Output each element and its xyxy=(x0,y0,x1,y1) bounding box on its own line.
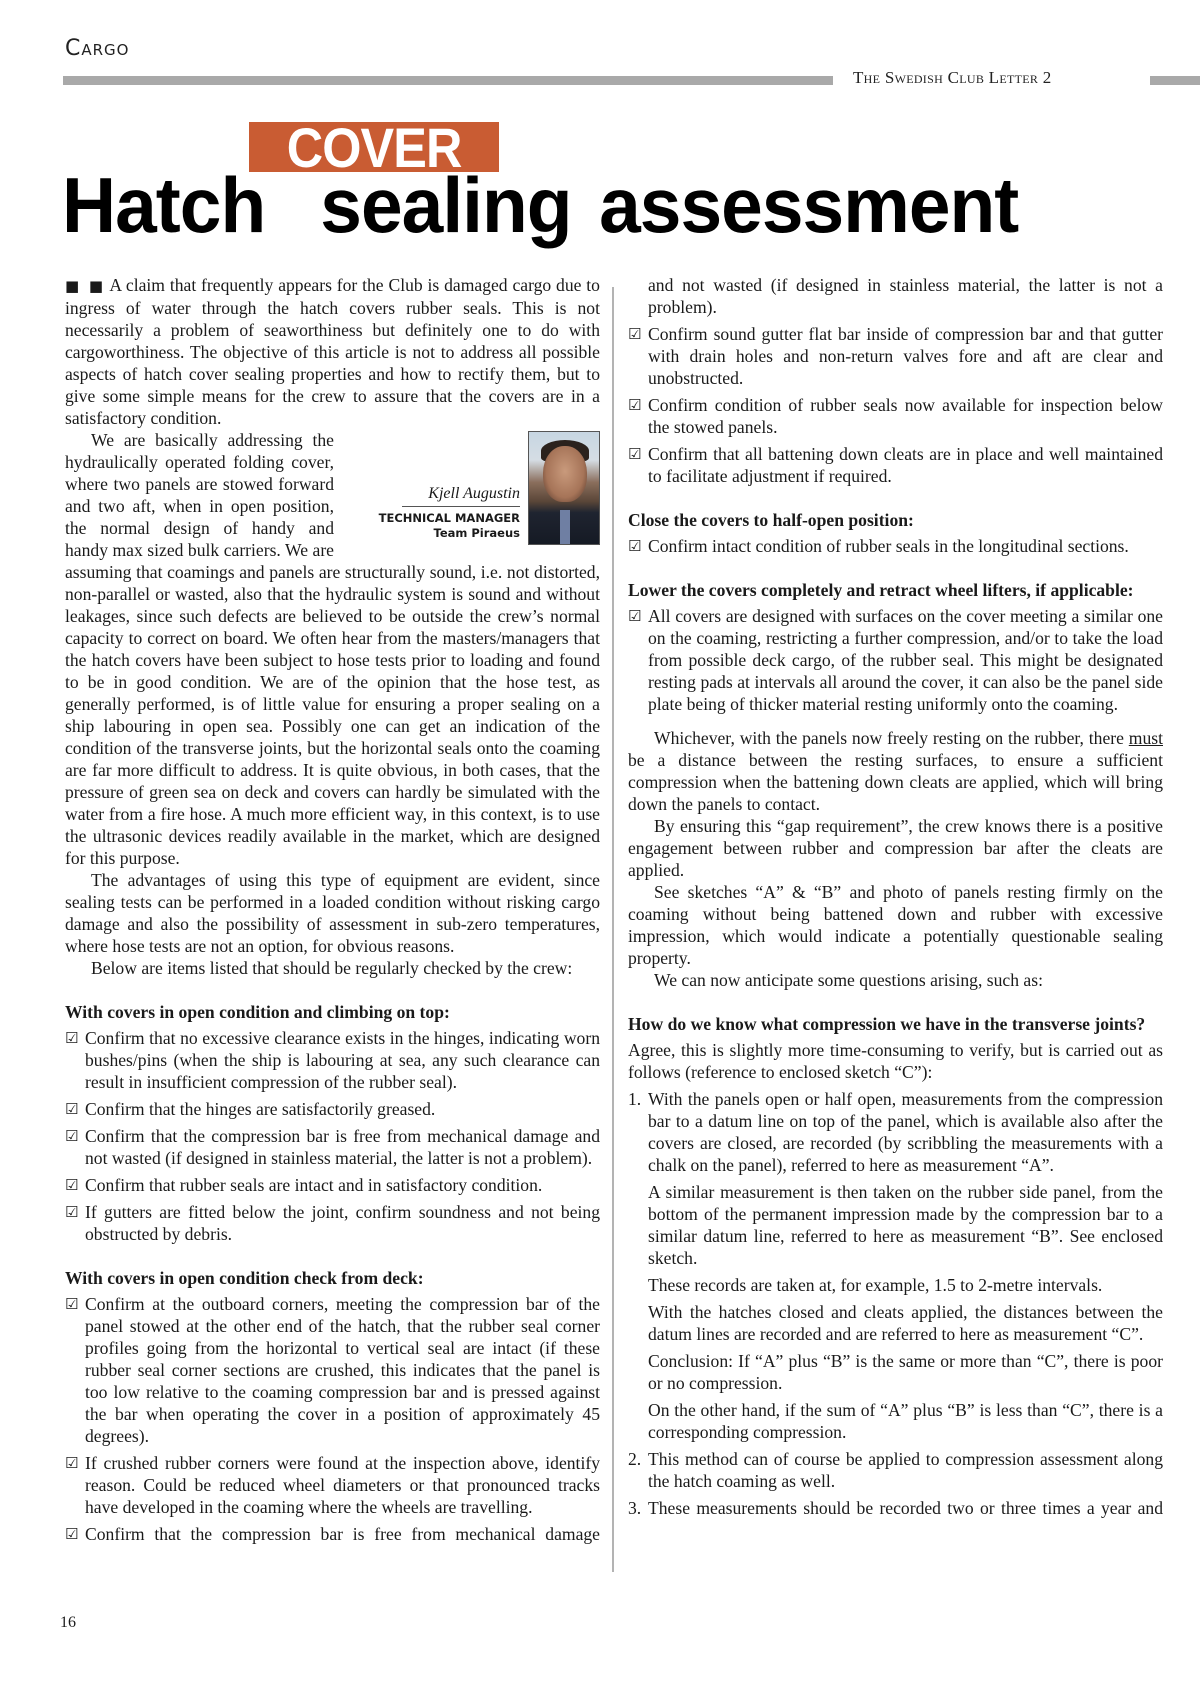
subhead-half-open: Close the covers to half-open position: xyxy=(628,509,1163,531)
checkbox-icon: ☑ xyxy=(65,1174,78,1196)
checkbox-icon: ☑ xyxy=(65,1125,78,1147)
section-label: Cargo xyxy=(65,36,129,61)
checkbox-icon: ☑ xyxy=(65,1293,78,1315)
right-column: and not wasted (if designed in stainless… xyxy=(628,274,1163,1524)
checkbox-icon: ☑ xyxy=(628,605,641,627)
checkbox-icon: ☑ xyxy=(628,394,641,416)
step-number: 2. xyxy=(628,1448,641,1470)
subhead-open-deck: With covers in open condition check from… xyxy=(65,1267,600,1289)
checkbox-icon: ☑ xyxy=(65,1452,78,1474)
paragraph-folding-cover: Kjell Augustin TECHNICAL MANAGERTeam Pir… xyxy=(65,429,600,869)
step-number: 1. xyxy=(628,1088,641,1110)
checklist-item: ☑Confirm that the compression bar is fre… xyxy=(65,1523,600,1545)
checklist-item: ☑All covers are designed with surfaces o… xyxy=(628,605,1163,715)
checkbox-icon: ☑ xyxy=(628,443,641,465)
checklist-item: ☑Confirm that the compression bar is fre… xyxy=(65,1125,600,1169)
checklist-item: ☑Confirm that the hinges are satisfactor… xyxy=(65,1098,600,1120)
checklist-item: ☑Confirm intact condition of rubber seal… xyxy=(628,535,1163,557)
paragraph-advantages: The advantages of using this type of equ… xyxy=(65,869,600,957)
checklist-item: ☑Confirm that rubber seals are intact an… xyxy=(65,1174,600,1196)
numbered-step: 3. These measurements should be recorded… xyxy=(628,1497,1163,1519)
checkbox-icon: ☑ xyxy=(65,1523,78,1545)
lead-marks-icon: ■ ■ xyxy=(65,277,105,295)
author-team: Team Piraeus xyxy=(434,526,521,540)
header-rule-right xyxy=(1150,76,1200,85)
author-name: Kjell Augustin xyxy=(402,483,520,507)
subhead-lower-covers: Lower the covers completely and retract … xyxy=(628,579,1163,601)
paragraph-anticipate: We can now anticipate some questions ari… xyxy=(628,969,1163,991)
paragraph-gap-requirement: By ensuring this “gap requirement”, the … xyxy=(628,815,1163,881)
checklist-item: ☑If crushed rubber corners were found at… xyxy=(65,1452,600,1518)
step-number: 3. xyxy=(628,1497,641,1519)
author-title: TECHNICAL MANAGER xyxy=(379,511,520,525)
header-rule-left xyxy=(63,76,833,85)
checkbox-icon: ☑ xyxy=(628,535,641,557)
left-column: ■ ■ A claim that frequently appears for … xyxy=(65,274,600,1550)
checkbox-icon: ☑ xyxy=(628,323,641,345)
checklist-item: ☑Confirm at the outboard corners, meetin… xyxy=(65,1293,600,1447)
checkbox-icon: ☑ xyxy=(65,1027,78,1049)
paragraph-see-sketches: See sketches “A” & “B” and photo of pane… xyxy=(628,881,1163,969)
checkbox-icon: ☑ xyxy=(65,1098,78,1120)
emphasis-must: must xyxy=(1129,728,1163,748)
subhead-open-climbing: With covers in open condition and climbi… xyxy=(65,1001,600,1023)
numbered-step: 1. With the panels open or half open, me… xyxy=(628,1088,1163,1443)
author-byline: Kjell Augustin TECHNICAL MANAGERTeam Pir… xyxy=(342,431,600,546)
paragraph-whichever: Whichever, with the panels now freely re… xyxy=(628,727,1163,815)
checklist-item: ☑Confirm condition of rubber seals now a… xyxy=(628,394,1163,438)
checklist-item: ☑Confirm that all battening down cleats … xyxy=(628,443,1163,487)
question-heading: How do we know what compression we have … xyxy=(628,1013,1163,1035)
column-divider xyxy=(612,287,614,1572)
checklist-item: ☑If gutters are fitted below the joint, … xyxy=(65,1201,600,1245)
checkbox-icon: ☑ xyxy=(65,1201,78,1223)
running-head: The Swedish Club Letter 2 xyxy=(853,68,1052,88)
byline-wrap: Kjell Augustin TECHNICAL MANAGERTeam Pir… xyxy=(65,429,600,869)
headline: Hatch sealing assessment xyxy=(62,160,1018,250)
question-answer: Agree, this is slightly more time-consum… xyxy=(628,1039,1163,1083)
numbered-step: 2. This method can of course be applied … xyxy=(628,1448,1163,1492)
checklist-item-continued: and not wasted (if designed in stainless… xyxy=(628,274,1163,318)
intro-paragraph: ■ ■ A claim that frequently appears for … xyxy=(65,274,600,429)
checklist-item: ☑Confirm that no excessive clearance exi… xyxy=(65,1027,600,1093)
checklist-item: ☑Confirm sound gutter flat bar inside of… xyxy=(628,323,1163,389)
paragraph-below-items: Below are items listed that should be re… xyxy=(65,957,600,979)
author-photo xyxy=(528,431,600,545)
author-title-block: TECHNICAL MANAGERTeam Piraeus xyxy=(353,511,520,541)
page-number: 16 xyxy=(60,1614,76,1632)
